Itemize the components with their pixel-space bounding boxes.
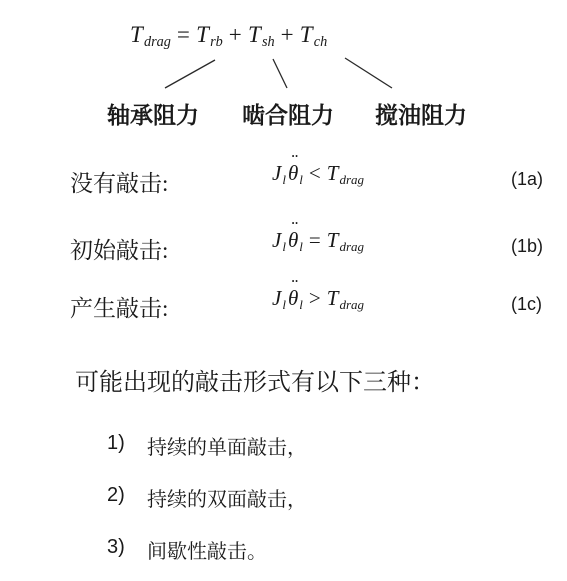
document-page: Tdrag=Trb+Tsh+Tch 轴承阻力 啮合阻力 搅油阻力 没有敲击: J… [0, 0, 567, 581]
list-item-number: 3) [107, 536, 125, 559]
double-dot-accent: ¨ [292, 276, 299, 299]
equation-term-tsh: Tsh [248, 22, 275, 47]
term-label-churning-drag: 搅油阻力 [375, 97, 467, 130]
plus-operator: + [229, 22, 242, 47]
double-dot-accent: ¨ [292, 218, 299, 241]
condition-equation: Jl¨θl<Tdrag [272, 161, 364, 186]
pointer-line-mesh [273, 59, 287, 88]
equation-number: (1a) [511, 169, 543, 190]
condition-row-initial-knock: 初始敲击: Jl¨θl=Tdrag (1b) [0, 228, 567, 268]
equation-number: (1b) [511, 236, 543, 257]
list-item: 1) 持续的单面敲击， [0, 431, 567, 463]
plus-operator: + [281, 22, 294, 47]
paragraph-knock-types: 可能出现的敲击形式有以下三种： [75, 362, 435, 397]
less-than-operator: < [309, 161, 321, 185]
list-item: 3) 间歇性敲击。 [0, 535, 567, 567]
condition-row-no-knock: 没有敲击: Jl¨θl<Tdrag (1a) [0, 161, 567, 201]
list-item: 2) 持续的双面敲击， [0, 483, 567, 515]
condition-row-knock-occurs: 产生敲击: Jl¨θl>Tdrag (1c) [0, 286, 567, 326]
pointer-line-churning [345, 58, 392, 88]
equals-operator: = [309, 228, 321, 252]
equals-operator: = [177, 22, 190, 47]
equation-term-tdrag: Tdrag [130, 22, 171, 47]
list-item-text: 持续的单面敲击， [147, 431, 307, 460]
double-dot-accent: ¨ [292, 151, 299, 174]
list-item-text: 持续的双面敲击， [147, 483, 307, 512]
list-item-text: 间歇性敲击。 [147, 535, 267, 564]
pointer-line-bearing [165, 60, 215, 88]
drag-torque-equation: Tdrag=Trb+Tsh+Tch [130, 22, 327, 48]
condition-equation: Jl¨θl=Tdrag [272, 228, 364, 253]
condition-label: 初始敲击: [70, 232, 168, 265]
term-label-bearing-drag: 轴承阻力 [107, 97, 199, 130]
list-item-number: 1) [107, 432, 125, 455]
condition-label: 产生敲击: [70, 290, 168, 323]
condition-label: 没有敲击: [70, 165, 168, 198]
equation-term-tch: Tch [300, 22, 327, 47]
equation-term-trb: Trb [196, 22, 223, 47]
greater-than-operator: > [309, 286, 321, 310]
list-item-number: 2) [107, 484, 125, 507]
equation-number: (1c) [511, 294, 542, 315]
condition-equation: Jl¨θl>Tdrag [272, 286, 364, 311]
term-label-mesh-drag: 啮合阻力 [242, 97, 334, 130]
equation-annotation-lines [140, 55, 420, 100]
